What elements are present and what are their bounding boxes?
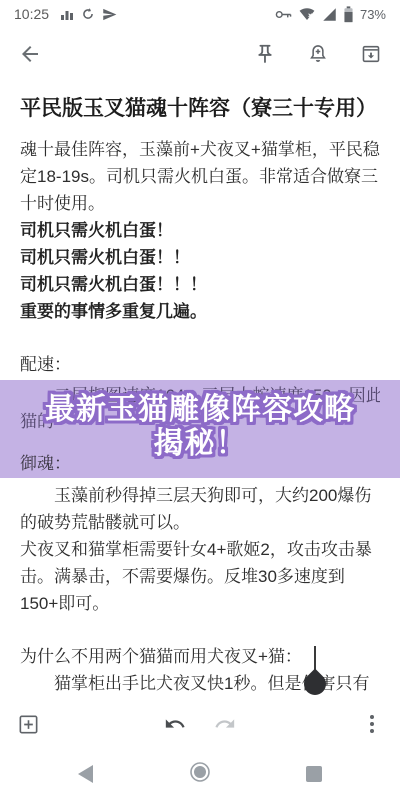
redo-icon[interactable] [213, 712, 237, 736]
note-app-screen: 10:25 73% [0, 0, 400, 800]
nav-back-icon[interactable] [78, 765, 93, 783]
promo-title-line-1: 最新玉猫雕像阵容攻略 [0, 393, 400, 427]
paragraph-driver-2: 司机只需火机白蛋！！ [20, 244, 380, 271]
wifi-no-internet-icon [299, 7, 315, 21]
paragraph-driver-1: 司机只需火机白蛋！ [20, 217, 380, 244]
clock: 10:25 [14, 6, 49, 22]
cell-signal-icon [322, 7, 337, 22]
back-icon[interactable] [18, 42, 42, 66]
add-reminder-icon[interactable] [306, 43, 329, 66]
promo-banner[interactable]: 二层椒图速度164，三层大蛇速度150。因此玉叉 猫的 最新玉猫雕像阵容攻略 揭… [0, 380, 400, 478]
nav-home-icon[interactable] [188, 760, 212, 789]
blank-line [20, 325, 380, 351]
vpn-key-icon [275, 8, 292, 21]
paragraph-repeat: 重要的事情多重复几遍。 [20, 298, 380, 325]
nav-recents-icon[interactable] [306, 766, 322, 782]
pin-icon[interactable] [253, 43, 276, 66]
paragraph-soul-2: 犬夜叉和猫掌柜需要针女4+歌姬2，攻击攻击暴击。满暴击，不需要爆伤。反堆30多速… [20, 536, 380, 617]
add-box-icon[interactable] [16, 712, 40, 736]
battery-percent: 73% [360, 7, 386, 22]
undo-redo-group [0, 712, 400, 736]
app-toolbar [0, 28, 400, 80]
promo-banner-title: 最新玉猫雕像阵容攻略 揭秘！ [0, 393, 400, 461]
heading-why: 为什么不用两个猫猫而用犬夜叉+猫： [20, 643, 380, 670]
note-body[interactable]: 平民版玉叉猫魂十阵容（寮三十专用） 魂十最佳阵容，玉藻前+犬夜叉+猫掌柜，平民稳… [0, 80, 400, 700]
heading-pace: 配速： [20, 351, 380, 378]
paragraph-intro: 魂十最佳阵容，玉藻前+犬夜叉+猫掌柜，平民稳定18-19s。司机只需火机白蛋。非… [20, 136, 380, 217]
android-nav-bar [0, 748, 400, 800]
blank-line [20, 617, 380, 643]
more-options-icon[interactable] [360, 712, 384, 736]
status-bar: 10:25 73% [0, 0, 400, 28]
network-activity-icon [60, 7, 74, 21]
toolbar-actions [253, 43, 382, 66]
sync-icon [81, 7, 95, 21]
paragraph-soul-1: 玉藻前秒得掉三层天狗即可，大约200爆伤的破势荒骷髅就可以。 [20, 482, 380, 536]
paragraph-driver-3: 司机只需火机白蛋！！！ [20, 271, 380, 298]
undo-icon[interactable] [163, 712, 187, 736]
archive-icon[interactable] [359, 43, 382, 66]
status-bar-left: 10:25 [14, 6, 117, 22]
send-icon [102, 7, 117, 22]
battery-icon [344, 6, 353, 23]
status-bar-right: 73% [275, 6, 386, 23]
edit-toolbar [0, 700, 400, 748]
heading-soul: 御魂： [20, 453, 71, 475]
note-title[interactable]: 平民版玉叉猫魂十阵容（寮三十专用） [20, 94, 380, 124]
